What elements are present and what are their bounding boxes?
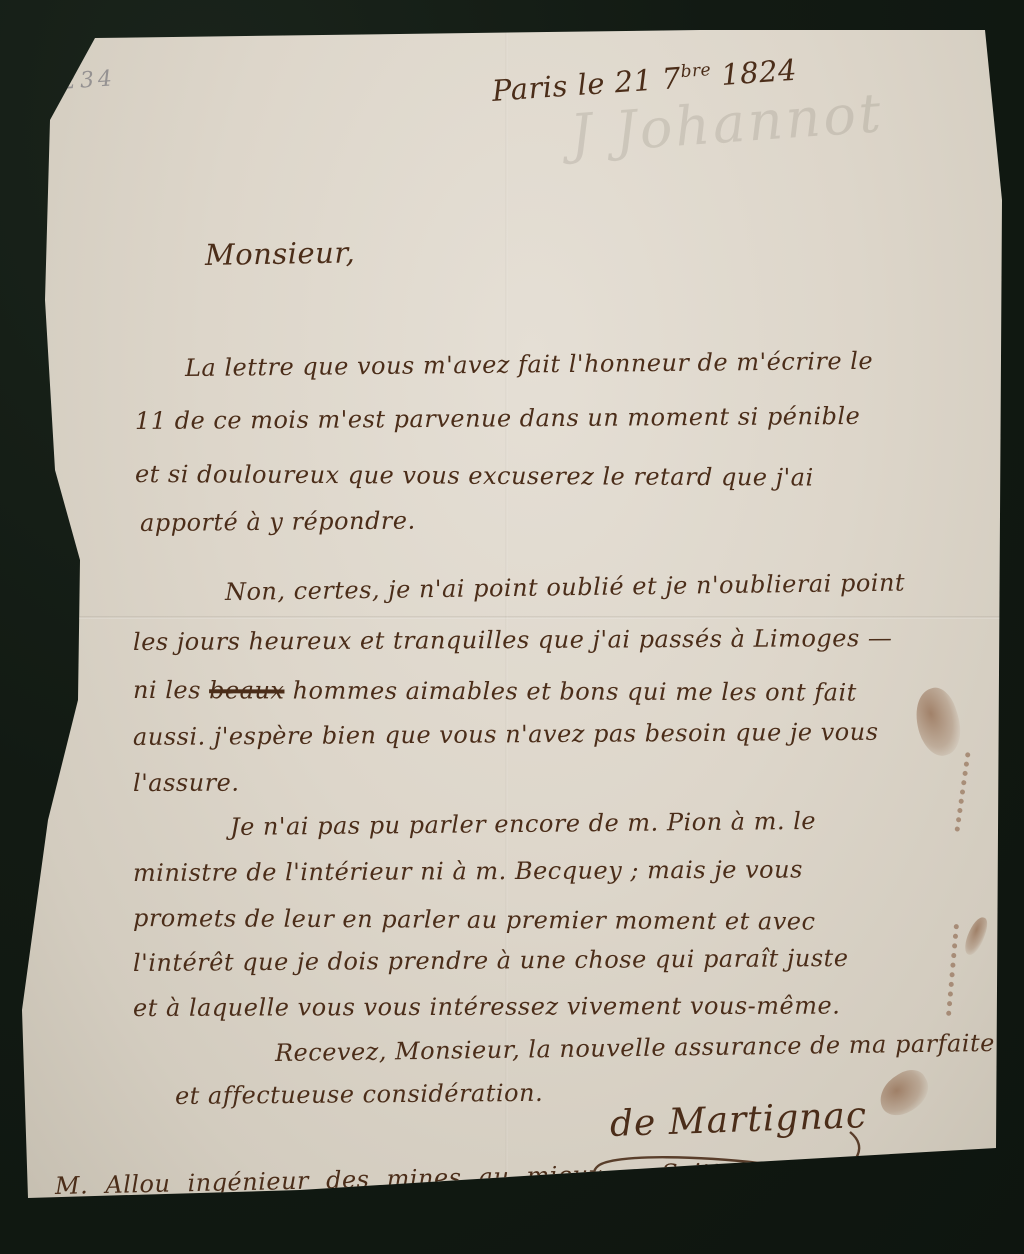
body-line: promets de leur en parler au premier mom… bbox=[133, 904, 816, 936]
body-line: Je n'ai pas pu parler encore de m. Pion … bbox=[230, 807, 816, 841]
salutation: Monsieur, bbox=[205, 235, 356, 272]
closing-line: et affectueuse considération. bbox=[175, 1079, 543, 1110]
ink-smudge bbox=[908, 683, 969, 761]
fold-crease-horizontal bbox=[22, 616, 1004, 619]
photograph-background: 234 J Johannot Paris le 21 7bre 1824 Mon… bbox=[0, 0, 1024, 1254]
fold-crease-vertical bbox=[505, 26, 508, 1200]
pencil-inventory-number: 234 bbox=[61, 66, 117, 95]
body-line: et si douloureux que vous excuserez le r… bbox=[135, 460, 814, 492]
ink-smudge bbox=[872, 1064, 936, 1123]
dateline-year: 1824 bbox=[710, 53, 798, 93]
body-line: Non, certes, je n'ai point oublié et je … bbox=[225, 569, 905, 606]
postscript-line: M. Allou ingénieur des mines au mieux — … bbox=[55, 1158, 745, 1200]
body-line-segment: ni les bbox=[133, 676, 209, 704]
closing-line: Recevez, Monsieur, la nouvelle assurance… bbox=[275, 1029, 995, 1067]
dateline-month-abbrev: bre bbox=[680, 60, 712, 82]
body-line: les jours heureux et tranquilles que j'a… bbox=[133, 624, 893, 656]
body-line: ni les beaux hommes aimables et bons qui… bbox=[133, 676, 857, 707]
strikethrough-word: beaux bbox=[209, 676, 284, 704]
body-line: La lettre que vous m'avez fait l'honneur… bbox=[185, 347, 873, 382]
body-line: apporté à y répondre. bbox=[140, 507, 416, 537]
letter-paper: 234 J Johannot Paris le 21 7bre 1824 Mon… bbox=[22, 26, 1004, 1200]
body-line: 11 de ce mois m'est parvenue dans un mom… bbox=[135, 402, 861, 435]
body-line: ministre de l'intérieur ni à m. Becquey … bbox=[133, 855, 803, 887]
body-line: l'assure. bbox=[133, 769, 240, 797]
body-line: et à laquelle vous vous intéressez vivem… bbox=[133, 992, 840, 1022]
ink-smudge bbox=[962, 914, 991, 957]
ink-smudge bbox=[946, 924, 959, 1016]
body-line: l'intérêt que je dois prendre à une chos… bbox=[133, 944, 849, 977]
ink-smudge bbox=[954, 752, 970, 832]
body-line-segment: hommes aimables et bons qui me les ont f… bbox=[284, 677, 856, 707]
body-line: aussi. j'espère bien que vous n'avez pas… bbox=[133, 718, 879, 751]
